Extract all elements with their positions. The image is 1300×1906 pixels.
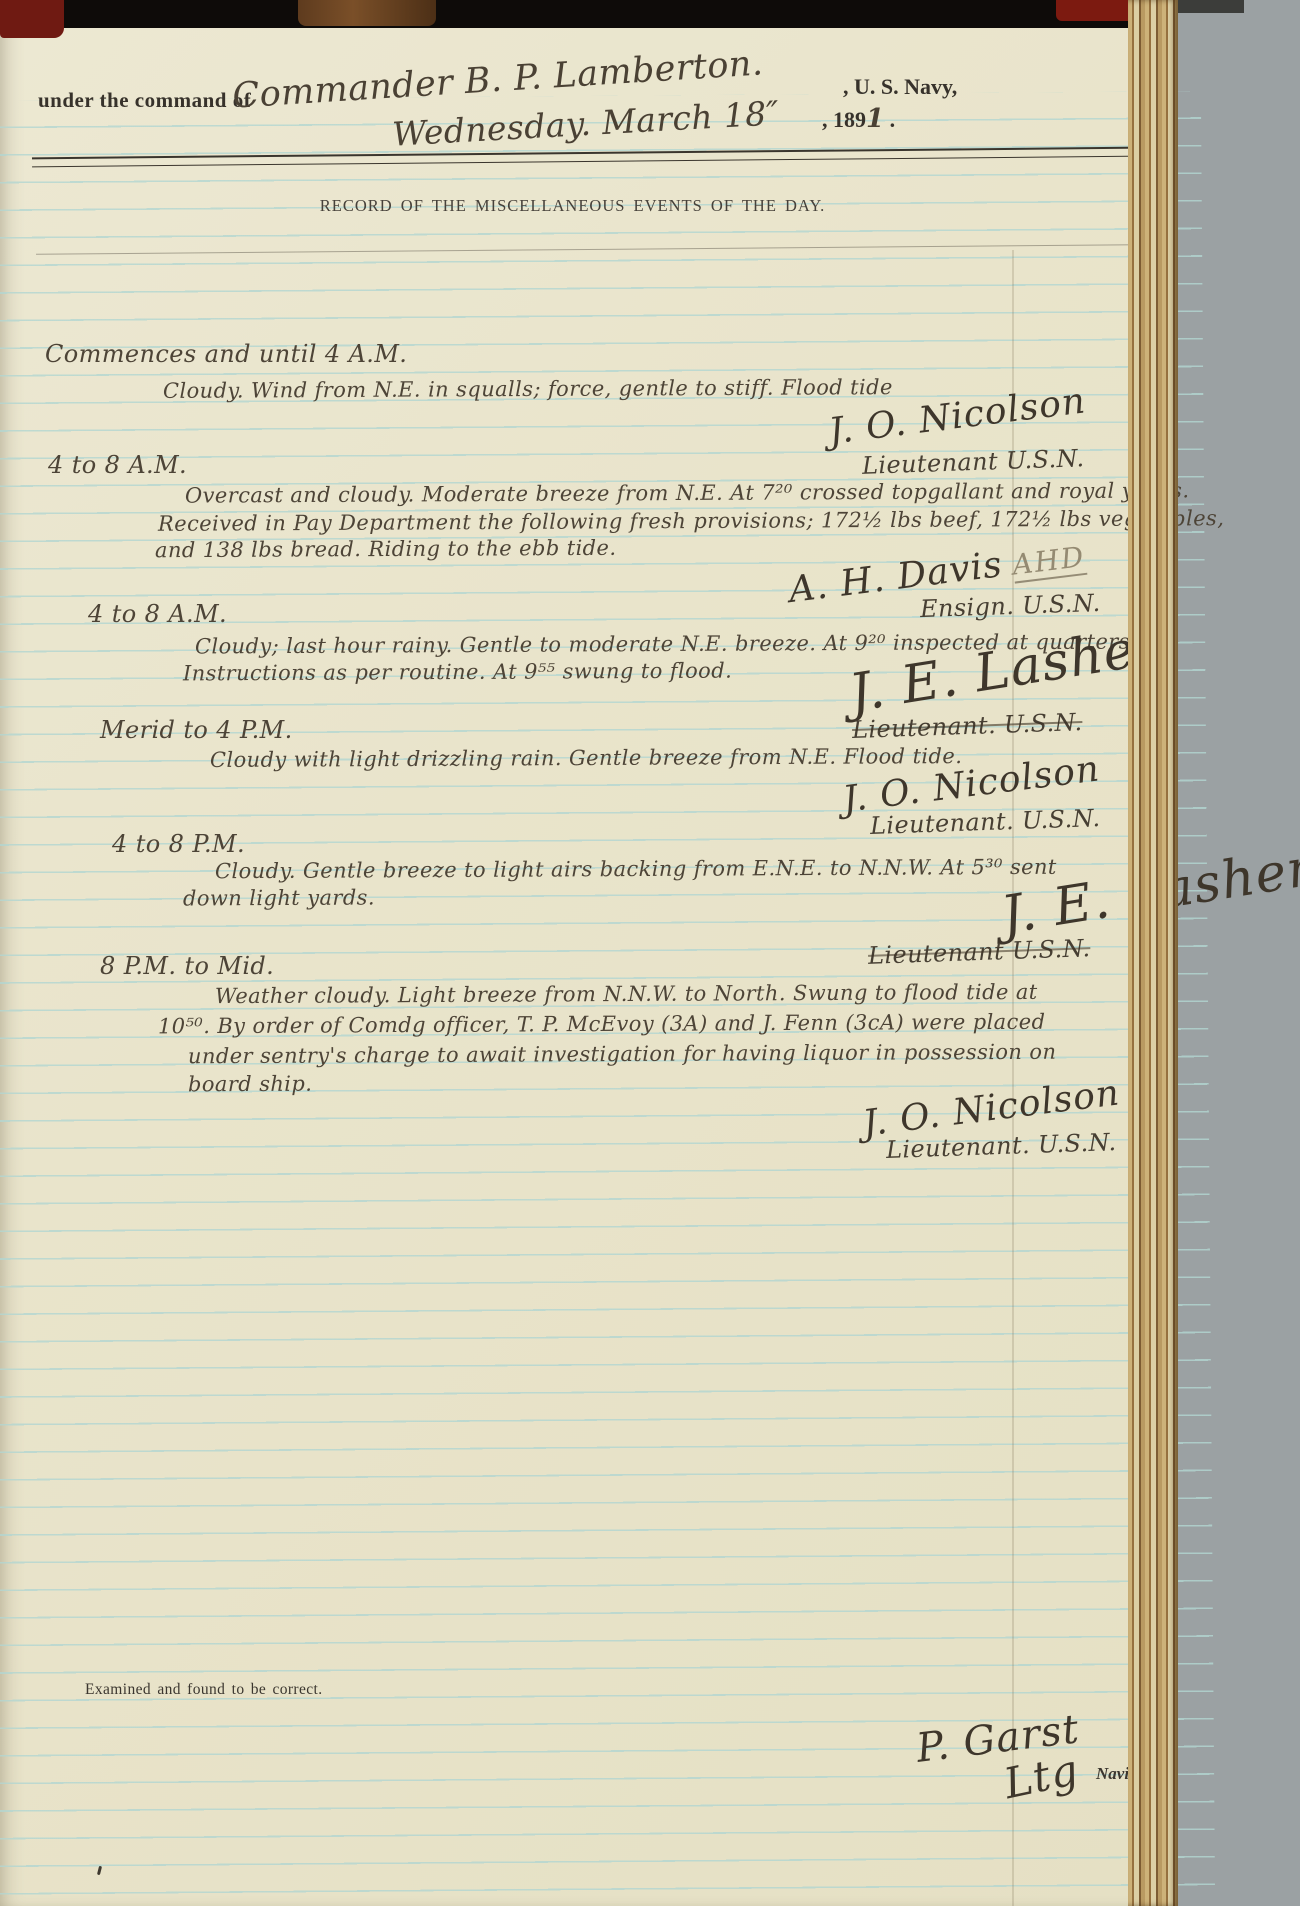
printed-command-prefix: under the command of [38, 88, 251, 113]
entry-heading: 4 to 8 A.M. [88, 600, 227, 628]
entry-line: down light yards. [183, 885, 375, 910]
entry-line: and 138 lbs bread. Riding to the ebb tid… [155, 536, 617, 562]
header-double-rule [32, 147, 1140, 168]
entry-line: Cloudy. Wind from N.E. in squalls; force… [163, 375, 893, 403]
page-fore-edge [1128, 0, 1178, 1906]
background-dark-corner [1178, 0, 1244, 13]
year-printed: , 189 [822, 107, 866, 132]
entry-heading: Merid to 4 P.M. [100, 716, 293, 744]
book-top-edge [0, 0, 1178, 28]
entry-heading: 8 P.M. to Mid. [100, 952, 274, 980]
year-handwritten-digit: 1 [866, 104, 884, 134]
entry-heading: 4 to 8 P.M. [112, 830, 245, 858]
entry-line: Cloudy. Gentle breeze to light airs back… [215, 855, 1057, 883]
entry-line: Instructions as per routine. At 9⁵⁵ swun… [183, 659, 732, 686]
year-group: , 1891 . [822, 104, 895, 134]
signature-monogram: AHD [1010, 540, 1087, 584]
year-period: . [890, 107, 896, 132]
entry-line: Overcast and cloudy. Moderate breeze fro… [185, 478, 1190, 507]
entry-heading: 4 to 8 A.M. [48, 451, 187, 479]
section-title: RECORD OF THE MISCELLANEOUS EVENTS OF TH… [0, 196, 1145, 216]
signature-title: Ensign. U.S.N. [920, 589, 1101, 623]
entry-line: 10⁵⁰. By order of Comdg officer, T. P. M… [158, 1010, 1046, 1039]
section-rule [36, 244, 1136, 255]
entry-line: Cloudy with light drizzling rain. Gentle… [210, 744, 962, 772]
signature-title: Lieutenant U.S.N. [862, 444, 1085, 480]
entry-line: Weather cloudy. Light breeze from N.N.W.… [215, 980, 1038, 1008]
logbook-page: under the command of Commander B. P. Lam… [0, 0, 1178, 1906]
signature-title: Lieutenant U.S.N. [868, 934, 1091, 970]
entry-line: Received in Pay Department the following… [158, 506, 1224, 536]
entry-line: board ship. [188, 1072, 312, 1097]
binding-leather-patch [298, 0, 436, 26]
stray-ink-mark [97, 1866, 102, 1875]
entry-line: under sentry's charge to await investiga… [188, 1040, 1056, 1069]
printed-us-navy: , U. S. Navy, [843, 74, 957, 100]
entry-heading: Commences and until 4 A.M. [45, 340, 407, 368]
binding-red-corner-left [0, 0, 64, 38]
examined-label: Examined and found to be correct. [85, 1681, 323, 1699]
